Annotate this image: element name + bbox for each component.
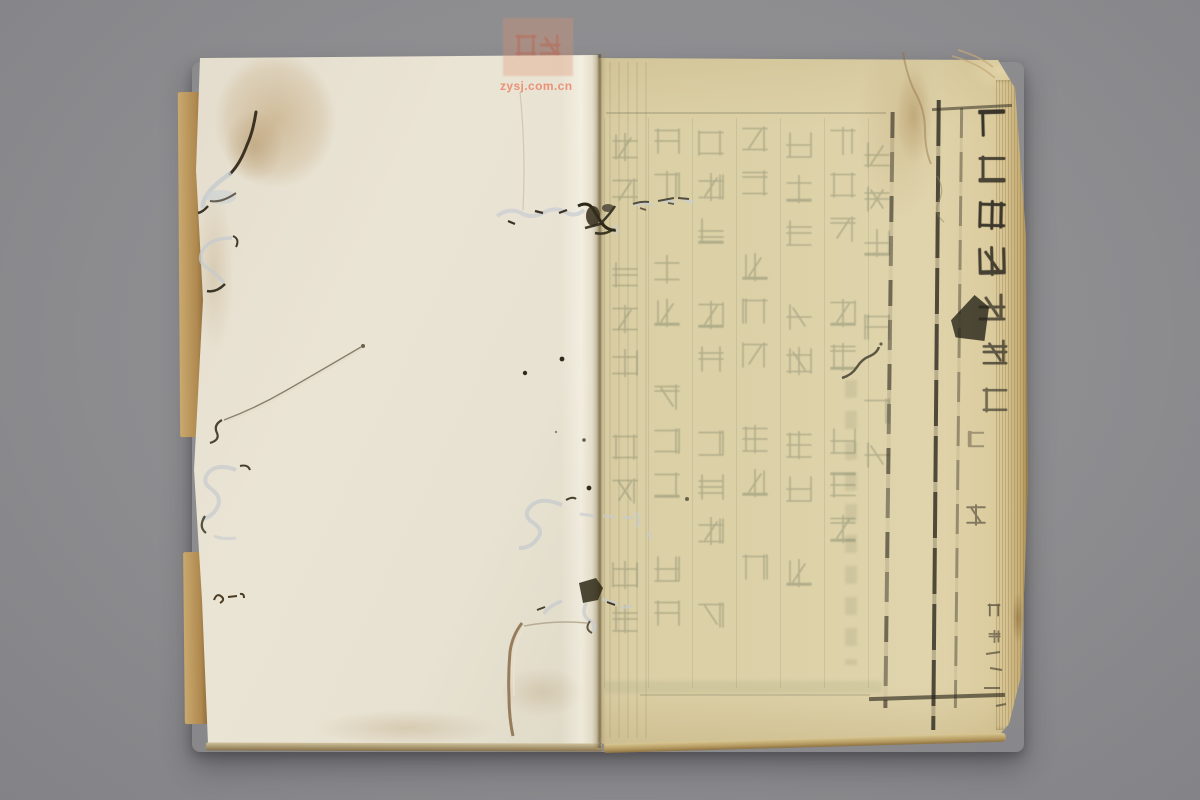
bleedthrough-char (740, 124, 770, 154)
bleedthrough-char (740, 424, 770, 454)
bleedthrough-char (652, 514, 682, 540)
bleedthrough-char (696, 300, 726, 330)
bleedthrough-char (696, 388, 726, 414)
bleedthrough-char (740, 296, 770, 326)
bleedthrough-char (862, 184, 892, 214)
bleedthrough-char (784, 218, 814, 248)
title-char (977, 108, 1012, 143)
bleedthrough-char (652, 254, 682, 284)
title-char (977, 200, 1012, 235)
bleedthrough-char (696, 260, 726, 286)
bleedthrough-char (828, 386, 858, 412)
bleedthrough-char (610, 432, 640, 462)
bleedthrough-char (784, 346, 814, 376)
fore-edge-mark (987, 602, 1001, 621)
bleedthrough-char (652, 470, 682, 500)
bleedthrough-char (696, 516, 726, 546)
bleedthrough-char (740, 168, 770, 198)
watermark-seal-glyphs (514, 33, 562, 61)
watermark-text: zysj.com.cn (500, 79, 580, 93)
volume-char (981, 386, 1011, 418)
bleedthrough-char (610, 260, 640, 290)
bleedthrough-char (610, 476, 640, 506)
bleedthrough-char (652, 382, 682, 412)
bleedthrough-char (740, 252, 770, 282)
bleedthrough-char (610, 304, 640, 334)
bleedthrough-char (610, 132, 640, 162)
bleedthrough-column (828, 126, 858, 544)
bleedthrough-char (784, 262, 814, 288)
printed-bottom-band (604, 681, 882, 693)
bleedthrough-char (696, 216, 726, 246)
bleedthrough-char (610, 220, 640, 246)
bleedthrough-char (784, 474, 814, 504)
book-gutter (592, 54, 606, 748)
bleedthrough-char (828, 258, 858, 284)
bleedthrough-char (740, 552, 770, 582)
bleedthrough-char (652, 298, 682, 328)
bleedthrough-char (828, 470, 858, 500)
bleedthrough-char (828, 170, 858, 200)
watermark: zysj.com.cn (500, 18, 580, 93)
bleedthrough-column (784, 130, 814, 588)
volume-label-column (981, 338, 1011, 418)
bleedthrough-char (652, 342, 682, 368)
bleedthrough-char (862, 228, 892, 258)
bleedthrough-char (828, 126, 858, 156)
photo-scene: zysj.com.cn (0, 0, 1200, 800)
title-char (977, 246, 1012, 281)
bleedthrough-char (740, 340, 770, 370)
bleedthrough-column (652, 126, 682, 628)
printed-bottom-frame-line (640, 694, 870, 696)
bleedthrough-char (784, 302, 814, 332)
faint-title-mark (965, 504, 987, 530)
bleedthrough-char (828, 214, 858, 244)
spine-title-column (977, 108, 1011, 326)
bleedthrough-char (652, 214, 682, 240)
bleedthrough-char (696, 472, 726, 502)
bleedthrough-char (740, 468, 770, 498)
fore-edge-mark (988, 628, 1001, 647)
faint-title-mark (967, 430, 985, 452)
bleedthrough-char (740, 512, 770, 538)
bleedthrough-column (740, 124, 770, 582)
bleedthrough-char (610, 520, 640, 546)
bleedthrough-char (696, 128, 726, 158)
bleedthrough-char (652, 598, 682, 628)
left-page (190, 50, 602, 752)
left-page-bottom-edge (206, 742, 602, 751)
bleedthrough-column (696, 128, 726, 630)
bleedthrough-char (610, 176, 640, 206)
bleedthrough-char (784, 558, 814, 588)
bleedthrough-char (784, 390, 814, 416)
title-char (977, 154, 1011, 188)
bleedthrough-char (610, 560, 640, 590)
bleedthrough-char (652, 126, 682, 156)
bleedthrough-char (740, 212, 770, 238)
bleedthrough-char (828, 514, 858, 544)
bleedthrough-char (828, 342, 858, 372)
volume-char (981, 338, 1011, 370)
bleedthrough-char (828, 298, 858, 328)
bleedthrough-char (696, 344, 726, 374)
bleedthrough-char (610, 348, 640, 378)
bleedthrough-column (610, 132, 640, 634)
bleedthrough-char (610, 604, 640, 634)
bleedthrough-char (696, 172, 726, 202)
watermark-seal (503, 18, 573, 76)
bleedthrough-char (828, 426, 858, 456)
bleedthrough-char (610, 392, 640, 418)
bleedthrough-char (696, 428, 726, 458)
bleedthrough-char (652, 426, 682, 456)
bleedthrough-char (652, 554, 682, 584)
bleedthrough-char (696, 600, 726, 630)
bleedthrough-char (784, 518, 814, 544)
bleedthrough-char (784, 174, 814, 204)
bleedthrough-char (784, 130, 814, 160)
bleedthrough-char (652, 170, 682, 200)
bleedthrough-char (784, 430, 814, 460)
bleedthrough-char (696, 560, 726, 586)
bleedthrough-char (740, 384, 770, 410)
bleedthrough-char (862, 140, 892, 170)
printed-top-frame-line (606, 112, 886, 114)
